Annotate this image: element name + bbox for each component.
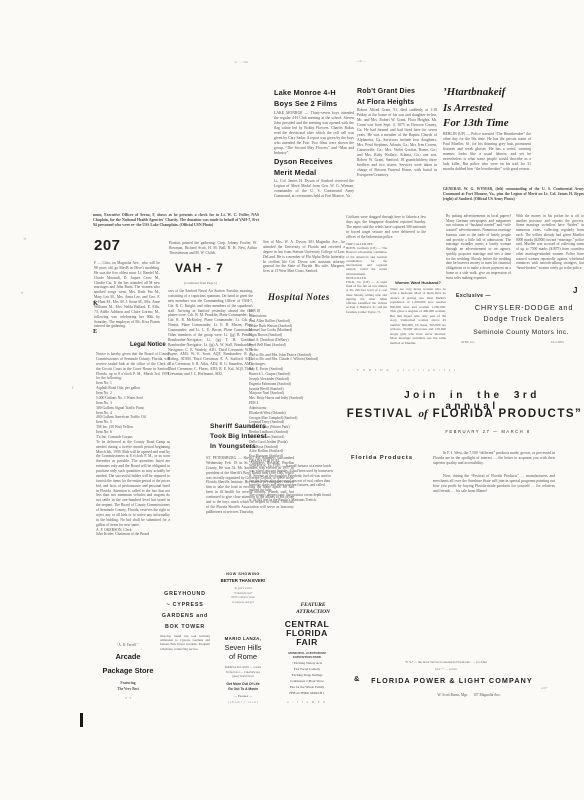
vah7-heading: VAH - 7 <box>175 261 224 275</box>
fair-ad-items: • Exciting Variety Acts Fast Paced Comed… <box>278 661 336 698</box>
chrysler-ad-line2: Dodge Truck Dealers <box>474 316 574 323</box>
margin-letter-f: f <box>72 385 74 390</box>
hospital-notes-heading: Hospital Notes <box>268 292 330 302</box>
fair-ad-bottom-smudge: e / l l a R F P <box>281 700 333 704</box>
movie-ad-now-showing: NOW SHOWING <box>217 572 269 576</box>
fpl-ad-manager-line: W. Scott Burns, Mgr. 107 Magnolia Ave. <box>410 693 528 697</box>
festival-ad-paragraph-2: Now, during the “Festival of Florida Pro… <box>433 474 555 504</box>
arcade-ad-name: Arcade Package Store <box>94 650 162 678</box>
fpl-ad-ps-line2: tried ++ — postals <box>408 667 484 671</box>
movie-ad-small-lines: In god’s world *CinemaScope* NEW romance… <box>219 586 267 605</box>
margin-ink-bar <box>80 713 83 727</box>
festival-ad-label: Florida Products <box>351 455 413 461</box>
chrysler-ad-phone: FA 2-0861 <box>551 340 564 344</box>
newspaper-scan-page: { "colors": { "paper": "#fbfaf7", "ink":… <box>0 0 584 800</box>
news-briefs: TRIP CALLED OFF BONN, Germany (UP) — The… <box>346 242 387 360</box>
hospital-notes-list: FEB 18 Admissions: Paul Allen Rollins (S… <box>249 309 333 561</box>
movie-ad-star-name: MARIO LANZA, <box>215 636 271 641</box>
drop-cap-e: E <box>93 328 97 335</box>
headline-dyson: Dyson Receives Merit Medal <box>274 157 333 179</box>
fpl-ad-corner-smudge: e-8c* <box>541 686 548 690</box>
classifieds-column: F — Citta, on Magnolia Ave., who will be… <box>94 261 160 341</box>
arcade-ad-tiny-smudge: ’’8 ‘ 3’ <box>106 696 150 700</box>
article-body-heartbreaker: BERLIN (UP) — Police arrested “The Heart… <box>443 132 531 186</box>
scan-smudge: · m · — ·mm· <box>233 61 249 64</box>
photo-caption-wymar: GENERAL W. G. WYMAR, (left) commanding o… <box>443 187 584 212</box>
festival-word-1: FESTIVAL <box>347 408 414 420</box>
scan-smudge: — rsh — <box>355 60 365 63</box>
festival-ad-dates: FEBRUARY 27 — MARCH 8 <box>408 429 568 434</box>
chrysler-ad-sub-left: ATBE, Inc. <box>461 340 475 344</box>
article-body-dyson: Lt. Col. James H. Dyson of Sanford recei… <box>274 179 354 212</box>
chrysler-ad-line1: CHRYSLER-DODGE and <box>468 303 580 312</box>
movie-ad-title-line2: of Rome <box>215 652 271 661</box>
vah7-pre-text: Pianists primed the gathering: Crop. Joh… <box>169 241 257 262</box>
movie-ad-better-line: BETTER THAN EVER! <box>215 578 271 583</box>
article-body-husband: There are very many women who do want a … <box>390 287 446 363</box>
vah7-body: cers of the Sanford Naval Air Station Tu… <box>168 289 253 421</box>
article-body-grant: Robert Alfred Grant, 91, died suddenly a… <box>357 108 437 212</box>
margin-letter-j: J <box>573 286 577 295</box>
drop-cap-k: K <box>93 300 98 307</box>
legal-notice-heading: Legal Notice <box>130 342 166 348</box>
margin-tick: +i <box>20 290 23 295</box>
arcade-ad-sub: Featuring The Very Best <box>94 680 162 693</box>
movie-ad-tagline: Get More Out Of Life Go Out To A Movie <box>215 682 271 692</box>
headline-husband: Women Want Husband? <box>389 280 447 285</box>
fair-ad-name: CENTRAL FLORIDA FAIR <box>283 620 331 647</box>
festival-word-2: FLORIDA PRODUCTS” <box>433 408 583 420</box>
greyhound-ad-name: GREYHOUND ~ CYPRESS GARDENS and BOK TOWE… <box>159 589 211 632</box>
footer-dotted-line: · F O R I D A · p r o f i t p h r t e r <box>352 368 464 372</box>
article-body-lake-monroe: LAKE MONROE — Thirty-seven boys attended… <box>274 111 354 157</box>
greyhound-ad-sub-text: One-day round trip tour includes admissi… <box>160 634 210 664</box>
movie-ad-feature-label: — Feature — <box>219 694 267 698</box>
fpl-ad-company-name: FLORIDA POWER & LIGHT COMPANY <box>368 676 536 685</box>
fpl-ad-ps-line: “P. S.” — the more Service is needed in … <box>386 660 506 664</box>
article-col-swindler-2: With the money in his pocket he is off t… <box>516 214 584 296</box>
page-number-207: 207 <box>94 237 121 254</box>
fair-ad-feature-attraction: FEATURE ATTRACTION <box>289 602 337 616</box>
article-col-swindler-1: By putting advertisements in local paper… <box>446 214 511 296</box>
article-cont-grant: Civilians were dragged through here to J… <box>346 215 426 241</box>
article-cont-dyson: Son of Mrs. W. A. Dyson, 301 Magnolia Av… <box>263 240 345 292</box>
fair-ad-venue: MUNICIPAL AUDITORIUM EXPOSITION PARK <box>280 651 334 660</box>
headline-lake-monroe: Lake Monroe 4-H Boys See 2 Films <box>274 88 337 110</box>
movie-ad-showtimes-smudge: ( wB a-eU i · 1 · l st a-el ) <box>213 700 273 704</box>
festival-word-of: of <box>418 408 427 420</box>
headline-heartbreaker: ’Htartbnakeif Is Arrested For 13th Time <box>443 85 509 132</box>
movie-ad-title-line1: Seven Hills <box>215 643 271 652</box>
headline-grant: Rob't Grant Dies At Flora Heights <box>357 87 415 108</box>
movie-ad-credits: MARISA ALLASIO — costars Technicolor — C… <box>213 665 273 679</box>
margin-tick: +i <box>23 236 26 241</box>
chrysler-ad-exclusive-label: Exclusive — <box>456 293 491 299</box>
festival-ad-title: FESTIVAL of FLORIDA PRODUCTS” <box>345 408 584 420</box>
arcade-ad-owner-line: ’ A. B. Farrell’ ’ <box>96 643 160 647</box>
vah7-continued-note: (Continued from Page 1) <box>184 281 217 285</box>
chrysler-ad-dealer-name: Seminole County Motors Inc. <box>460 329 582 336</box>
fpl-ad-ampersand: & <box>354 674 359 683</box>
photo-caption-fuller: mum, Executive Officer of Serno, F, show… <box>93 213 259 239</box>
festival-ad-paragraph-1: In F. J. West, the 7,500 “different” pro… <box>433 451 555 473</box>
